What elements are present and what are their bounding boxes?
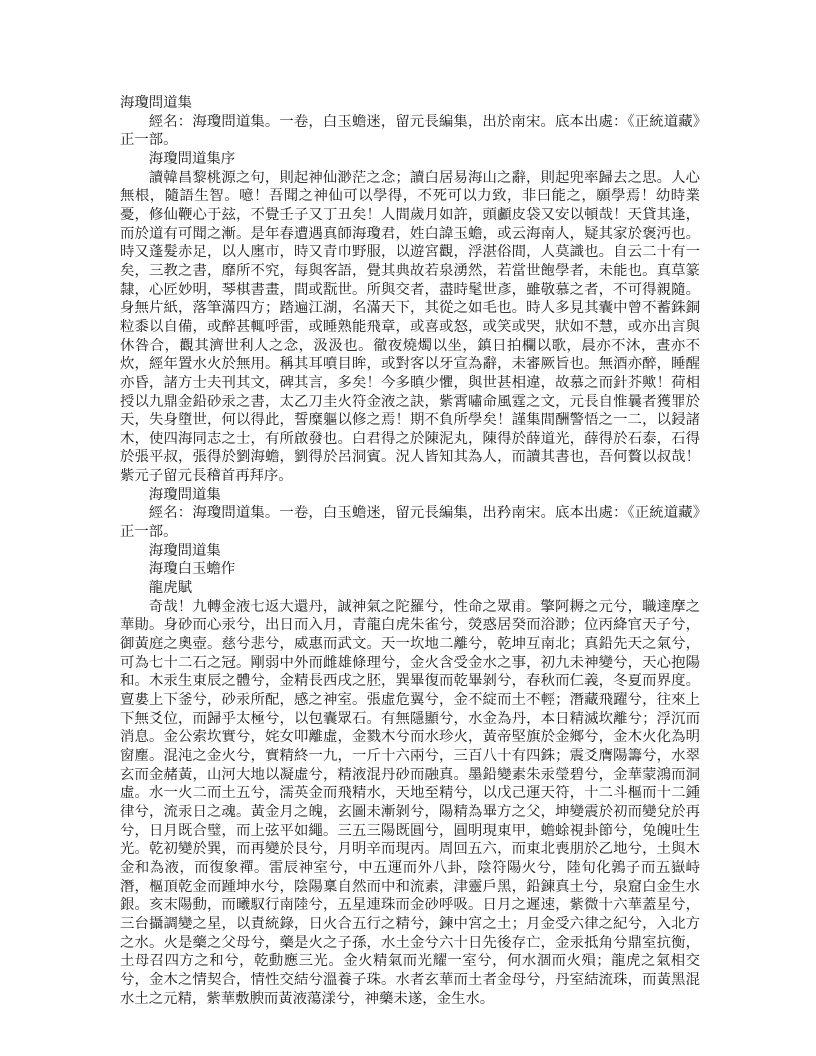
poem-body: 奇哉！九轉金液七返大還丹，誠神氣之陀羅兮，性命之眾甫。擎阿耨之元兮，職達摩之華勛… [120,598,700,1008]
scripture-info-paragraph-2: 經名：海瓊問道集。一卷，白玉蟾迷，留元長編集，出矜南宋。底本出處：《正統道藏》正… [120,504,700,541]
preface-body: 讀韓昌黎桃源之句，則起神仙渺茫之念；讀白居易海山之辭，則起兜率歸去之思。人心無根… [120,169,700,486]
document-title: 海瓊問道集 [120,94,700,113]
section-heading: 海瓊問道集 [120,486,700,505]
document-page: 海瓊問道集 經名：海瓊問道集。一卷，白玉蟾迷，留元長編集，出於南宋。底本出處：《… [120,94,700,1008]
poem-title: 龍虎賦 [120,579,700,598]
collection-heading: 海瓊問道集 [120,542,700,561]
preface-heading: 海瓊問道集序 [120,150,700,169]
author-line: 海瓊白玉蟾作 [120,560,700,579]
scripture-info-paragraph: 經名：海瓊問道集。一卷，白玉蟾迷，留元長編集，出於南宋。底本出處：《正統道藏》正… [120,113,700,150]
